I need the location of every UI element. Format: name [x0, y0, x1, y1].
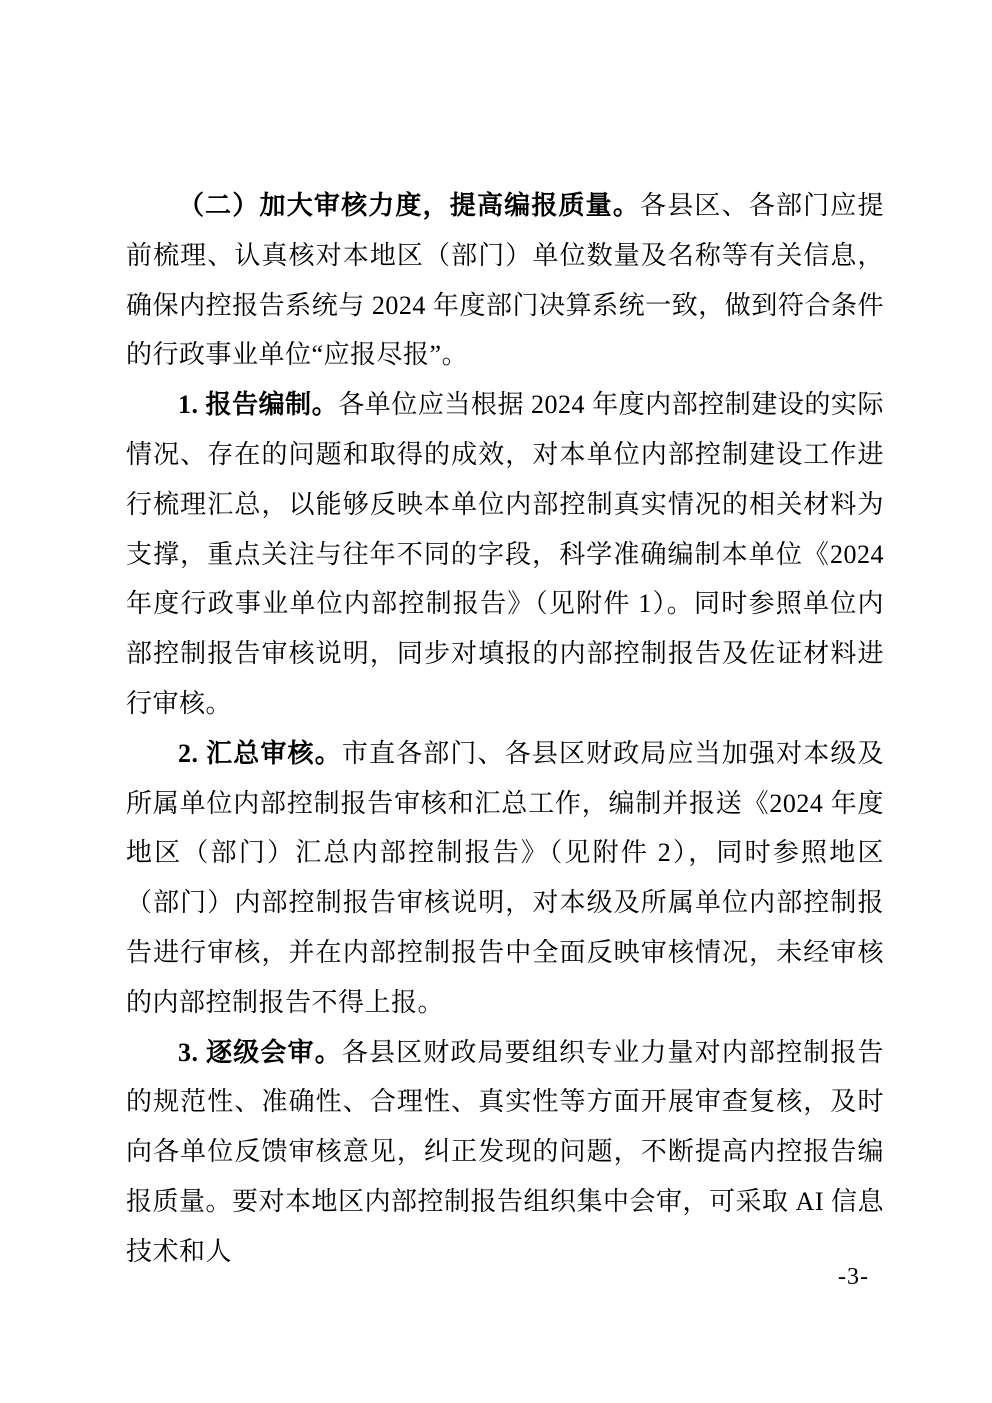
paragraph-lead: （二）加大审核力度，提高编报质量。 — [178, 191, 640, 220]
page-number: -3- — [838, 1262, 869, 1292]
paragraph-text: 市直各部门、各县区财政局应当加强对本级及所属单位内部控制报告审核和汇总工作，编制… — [126, 739, 884, 1017]
paragraph-text: 各县区财政局要组织专业力量对内部控制报告的规范性、准确性、合理性、真实性等方面开… — [126, 1038, 884, 1266]
paragraph-lead: 2. 汇总审核。 — [178, 739, 342, 768]
paragraph-item-2: 2. 汇总审核。市直各部门、各县区财政局应当加强对本级及所属单位内部控制报告审核… — [126, 729, 884, 1028]
paragraph-text: 各单位应当根据 2024 年度内部控制建设的实际情况、存在的问题和取得的成效，对… — [126, 390, 884, 718]
paragraph-lead: 3. 逐级会审。 — [178, 1038, 342, 1067]
paragraph-item-1: 1. 报告编制。各单位应当根据 2024 年度内部控制建设的实际情况、存在的问题… — [126, 380, 884, 729]
paragraph-item-3: 3. 逐级会审。各县区财政局要组织专业力量对内部控制报告的规范性、准确性、合理性… — [126, 1028, 884, 1277]
paragraph-lead: 1. 报告编制。 — [178, 390, 338, 419]
paragraph-section-2: （二）加大审核力度，提高编报质量。各县区、各部门应提前梳理、认真核对本地区（部门… — [126, 181, 884, 380]
document-body: （二）加大审核力度，提高编报质量。各县区、各部门应提前梳理、认真核对本地区（部门… — [126, 181, 884, 1277]
document-page: （二）加大审核力度，提高编报质量。各县区、各部门应提前梳理、认真核对本地区（部门… — [0, 0, 992, 1403]
